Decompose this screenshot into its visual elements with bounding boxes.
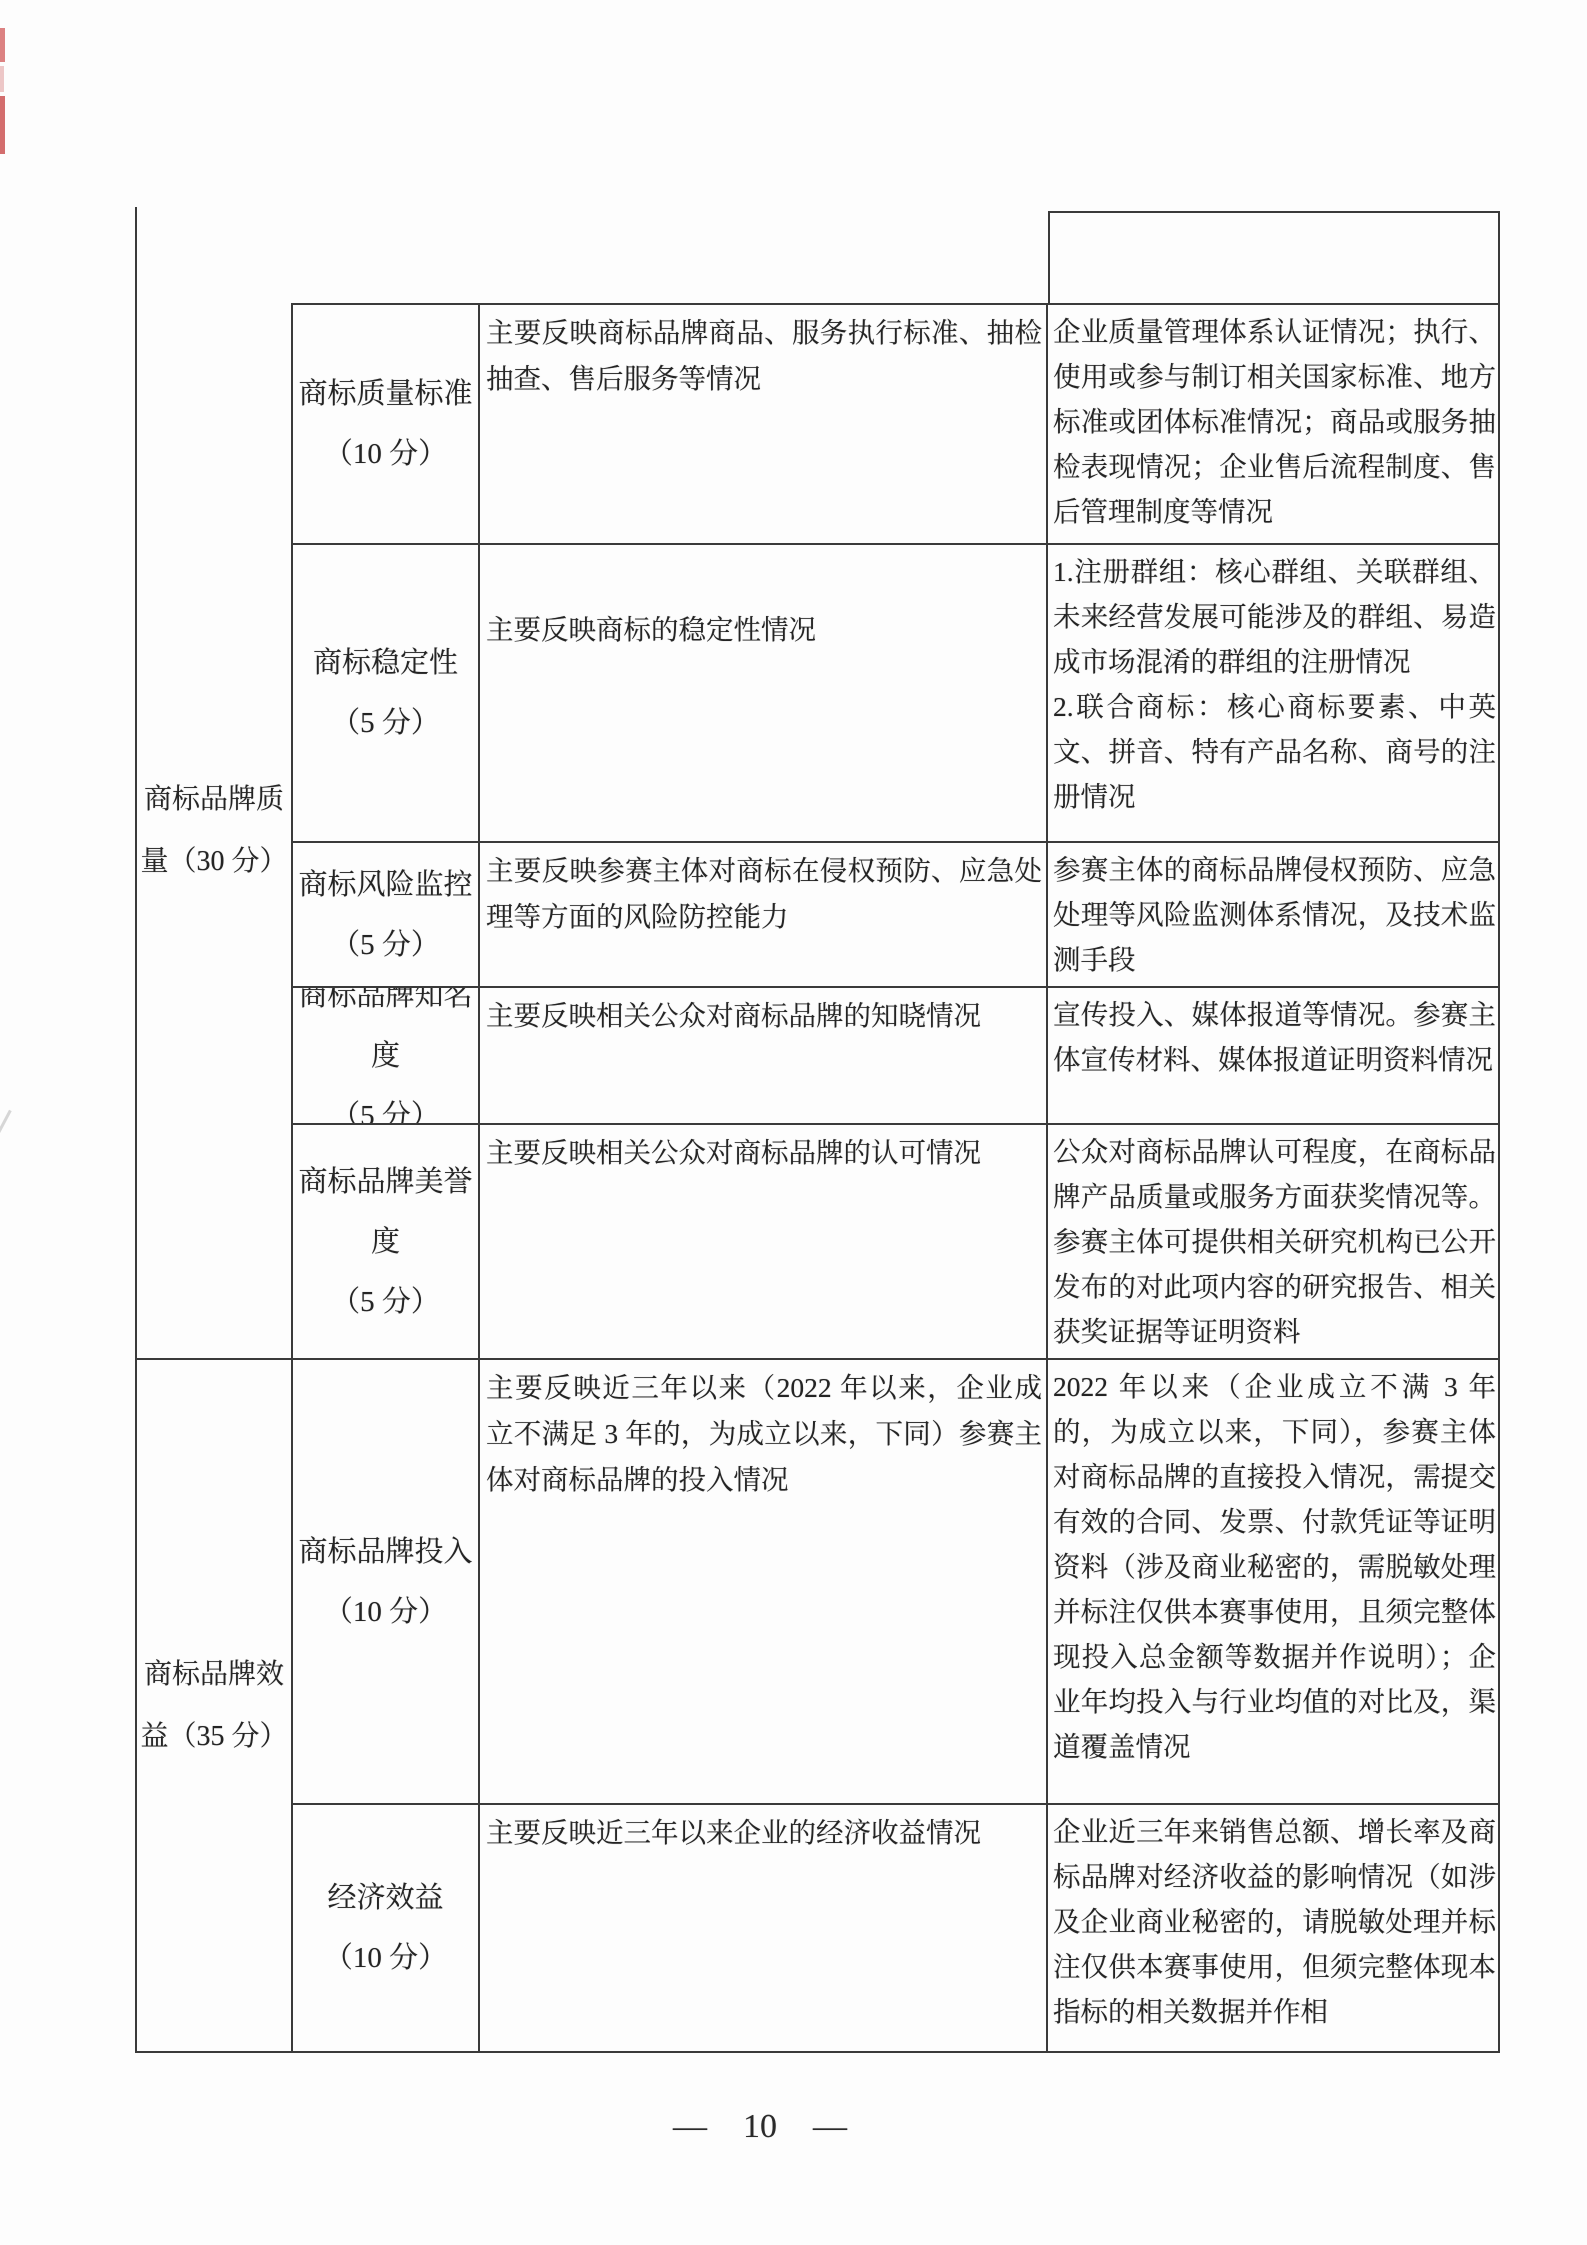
details-cell: 宣传投入、媒体报道等情况。参赛主体宣传材料、媒体报道证明资料情况 [1048, 988, 1500, 1125]
category-cell-benefit: 商标品牌效 益（35 分） [135, 1360, 293, 2053]
page-number: 10 [743, 2108, 777, 2146]
details-cell: 企业质量管理体系认证情况；执行、使用或参与制订相关国家标准、地方标准或团体标准情… [1048, 303, 1500, 545]
details-cell: 2022 年以来（企业成立不满 3 年的，为成立以来，下同），参赛主体对商标品牌… [1048, 1360, 1500, 1805]
indicator-cell: 商标品牌投入 （10 分） [293, 1360, 480, 1805]
indicator-cell: 商标品牌美誉 度 （5 分） [293, 1125, 480, 1360]
details-cell: 1.注册群组：核心群组、关联群组、未来经营发展可能涉及的群组、易造成市场混淆的群… [1048, 545, 1500, 843]
document-page: 商标品牌质 量（30 分） 商标质量标准 （10 分） 主要反映商标品牌商品、服… [0, 0, 1587, 2245]
indicator-cell: 商标质量标准 （10 分） [293, 303, 480, 545]
indicator-cell: 经济效益 （10 分） [293, 1805, 480, 2053]
table-border-continuation [135, 207, 137, 303]
previous-row-sliver-cell [1048, 211, 1500, 305]
details-cell: 参赛主体的商标品牌侵权预防、应急处理等风险监测体系情况，及技术监测手段 [1048, 843, 1500, 988]
scan-artifact-red [0, 28, 5, 62]
description-cell: 主要反映近三年以来（2022 年以来，企业成立不满足 3 年的，为成立以来，下同… [480, 1360, 1048, 1805]
scan-artifact-red [0, 96, 5, 154]
category-cell-quality: 商标品牌质 量（30 分） [135, 303, 293, 1360]
description-cell: 主要反映商标品牌商品、服务执行标准、抽检抽查、售后服务等情况 [480, 303, 1048, 545]
details-cell: 企业近三年来销售总额、增长率及商标品牌对经济收益的影响情况（如涉及企业商业秘密的… [1048, 1805, 1500, 2053]
footer-dash-right: — [813, 2108, 847, 2145]
scan-artifact-red [0, 66, 4, 92]
description-cell: 主要反映参赛主体对商标在侵权预防、应急处理等方面的风险防控能力 [480, 843, 1048, 988]
indicator-cell: 商标品牌知名 度 （5 分） [293, 988, 480, 1125]
indicator-cell: 商标稳定性 （5 分） [293, 545, 480, 843]
details-cell: 公众对商标品牌认可程度，在商标品牌产品质量或服务方面获奖情况等。参赛主体可提供相… [1048, 1125, 1500, 1360]
scan-artifact-smudge [0, 1110, 23, 1140]
description-cell: 主要反映相关公众对商标品牌的认可情况 [480, 1125, 1048, 1360]
description-cell: 主要反映近三年以来企业的经济收益情况 [480, 1805, 1048, 2053]
description-cell: 主要反映相关公众对商标品牌的知晓情况 [480, 988, 1048, 1125]
indicator-cell: 商标风险监控 （5 分） [293, 843, 480, 988]
criteria-table: 商标品牌质 量（30 分） 商标质量标准 （10 分） 主要反映商标品牌商品、服… [135, 303, 1500, 2053]
description-cell: 主要反映商标的稳定性情况 [480, 545, 1048, 843]
page-footer: —10— [0, 2108, 1520, 2146]
footer-dash-left: — [673, 2108, 707, 2145]
